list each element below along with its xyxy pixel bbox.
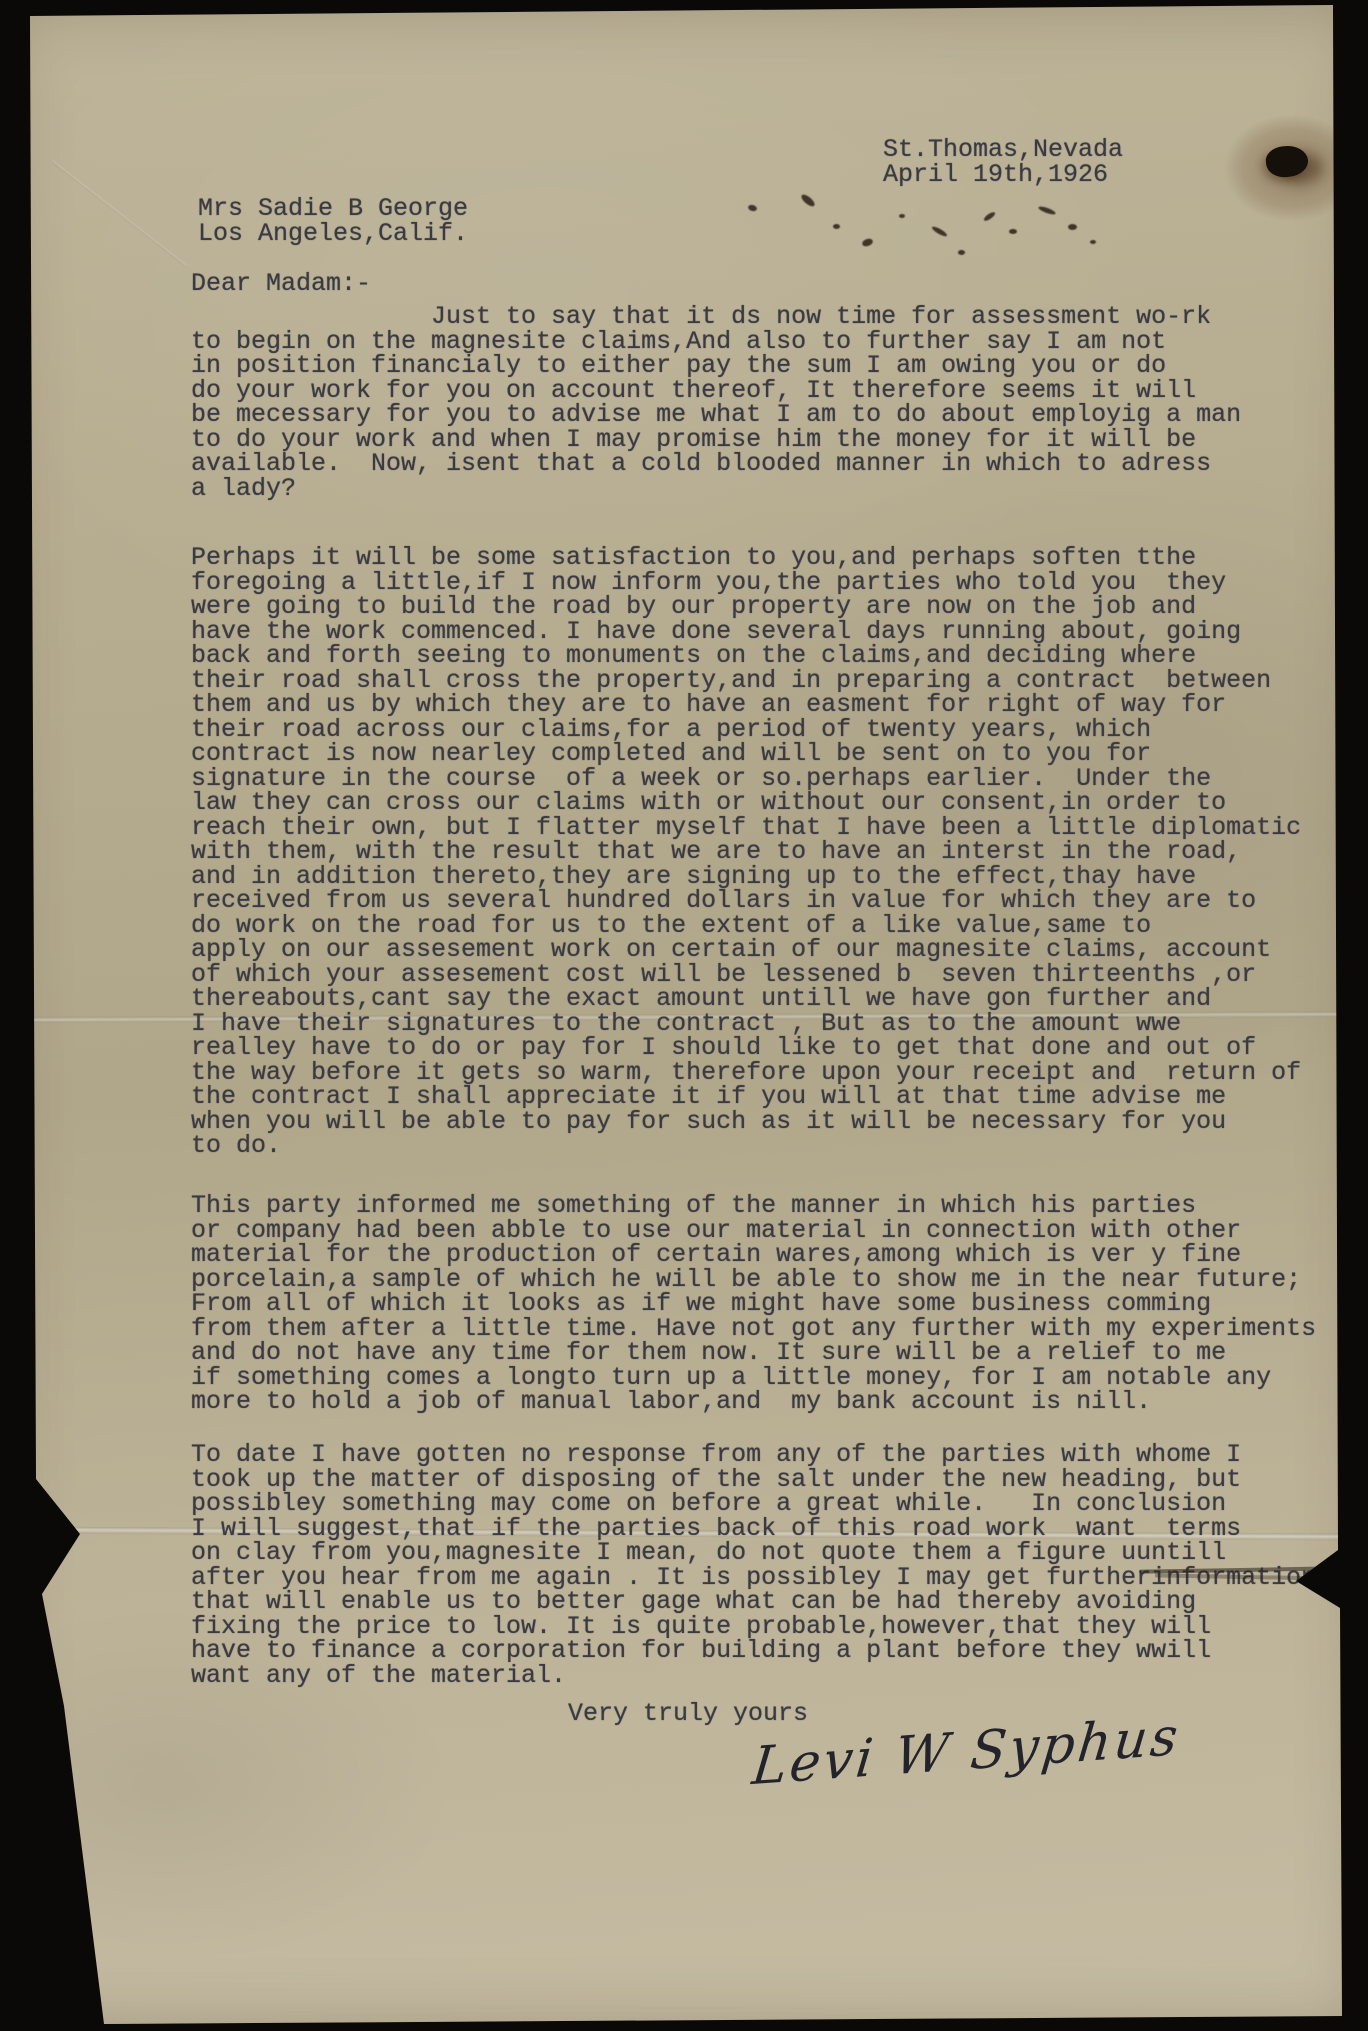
ink-smudge — [861, 237, 874, 247]
closing: Very truly yours — [568, 1702, 808, 1727]
ink-smudge — [931, 225, 948, 238]
ink-smudge — [833, 224, 840, 229]
ink-smudge — [1090, 240, 1096, 244]
recipient-address: Mrs Sadie B George Los Angeles,Calif. — [198, 197, 468, 246]
letter-paper: St.Thomas,Nevada April 19th,1926 Mrs Sad… — [0, 0, 1368, 2031]
letter-paragraph-1: Just to say that it ds now time for asse… — [191, 305, 1241, 501]
letter-paragraph-2: Perhaps it will be some satisfaction to … — [191, 546, 1301, 1159]
ink-smudge — [958, 250, 965, 255]
ink-smudge — [983, 211, 997, 223]
letter-paragraph-4: To date I have gotten no response from a… — [191, 1443, 1316, 1688]
letter-paragraph-3: This party informed me something of the … — [191, 1194, 1316, 1415]
place-date: St.Thomas,Nevada April 19th,1926 — [883, 138, 1123, 187]
ink-smudge — [1009, 229, 1017, 234]
ink-smudge — [747, 204, 757, 212]
ink-smudge — [1038, 205, 1057, 216]
ink-blot — [1264, 144, 1309, 179]
salutation: Dear Madam:- — [191, 272, 371, 297]
signature: Levi W Syphus — [749, 1707, 1183, 1798]
ink-smudge — [899, 214, 905, 218]
ink-smudge — [800, 193, 817, 209]
ink-smudge — [1068, 224, 1077, 230]
corner-crease — [51, 160, 187, 267]
